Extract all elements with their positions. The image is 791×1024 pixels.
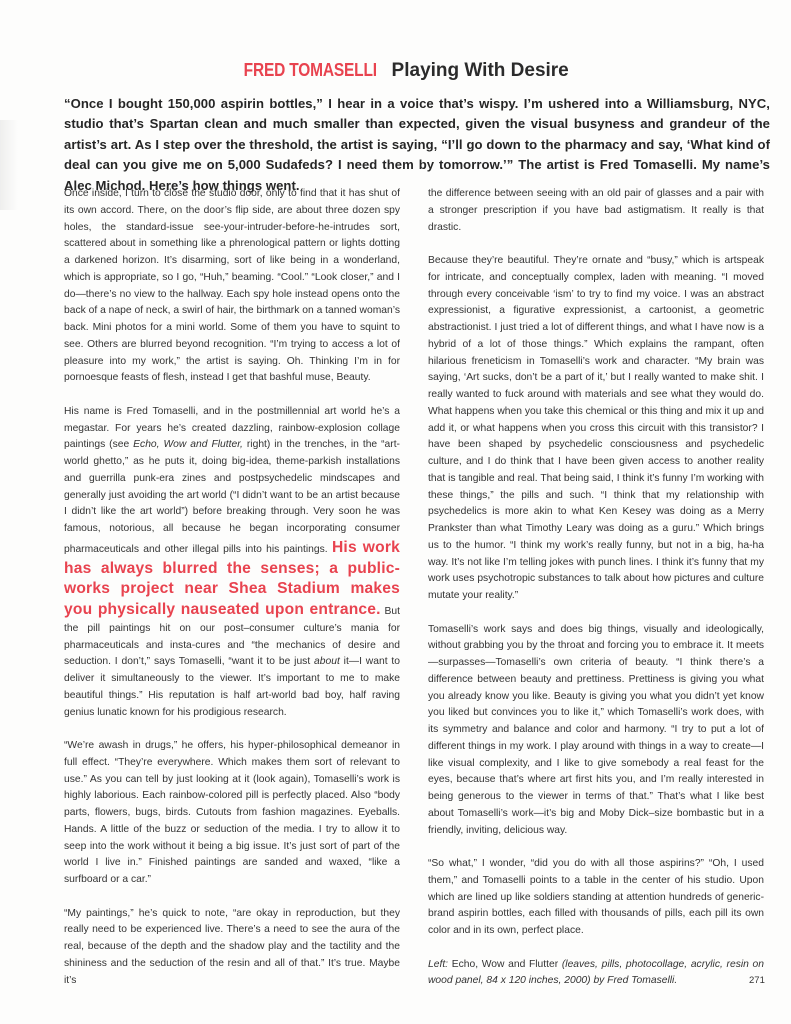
- paragraph: His name is Fred Tomaselli, and in the p…: [64, 404, 400, 722]
- paragraph: “My paintings,” he’s quick to note, “are…: [64, 906, 400, 990]
- binding-shadow: [0, 120, 18, 210]
- article-lede: “Once I bought 150,000 aspirin bottles,”…: [64, 94, 770, 196]
- artwork-title: Echo, Wow and Flutter,: [133, 439, 243, 450]
- image-caption: Left: Echo, Wow and Flutter (leaves, pil…: [428, 957, 764, 991]
- paragraph: Because they’re beautiful. They’re ornat…: [428, 253, 764, 605]
- paragraph: “We’re awash in drugs,” he offers, his h…: [64, 738, 400, 889]
- caption-label: Left:: [428, 959, 448, 970]
- left-column: Once inside, I turn to close the studio …: [64, 186, 400, 1006]
- magazine-page: FRED TOMASELLI Playing With Desire “Once…: [0, 0, 791, 1024]
- article-title: FRED TOMASELLI Playing With Desire: [0, 60, 791, 82]
- paragraph: Tomaselli’s work says and does big thing…: [428, 622, 764, 840]
- text-run: right) in the trenches, in the “art-worl…: [64, 439, 400, 555]
- author-name: FRED TOMASELLI: [244, 60, 377, 81]
- right-column: the difference between seeing with an ol…: [428, 186, 764, 1007]
- article-headline: Playing With Desire: [392, 60, 569, 81]
- paragraph: “So what,” I wonder, “did you do with al…: [428, 856, 764, 940]
- paragraph: the difference between seeing with an ol…: [428, 186, 764, 236]
- page-number: 271: [749, 975, 765, 986]
- caption-work-title: Echo, Wow and Flutter: [448, 959, 562, 970]
- emphasis: about: [314, 656, 340, 667]
- paragraph: Once inside, I turn to close the studio …: [64, 186, 400, 387]
